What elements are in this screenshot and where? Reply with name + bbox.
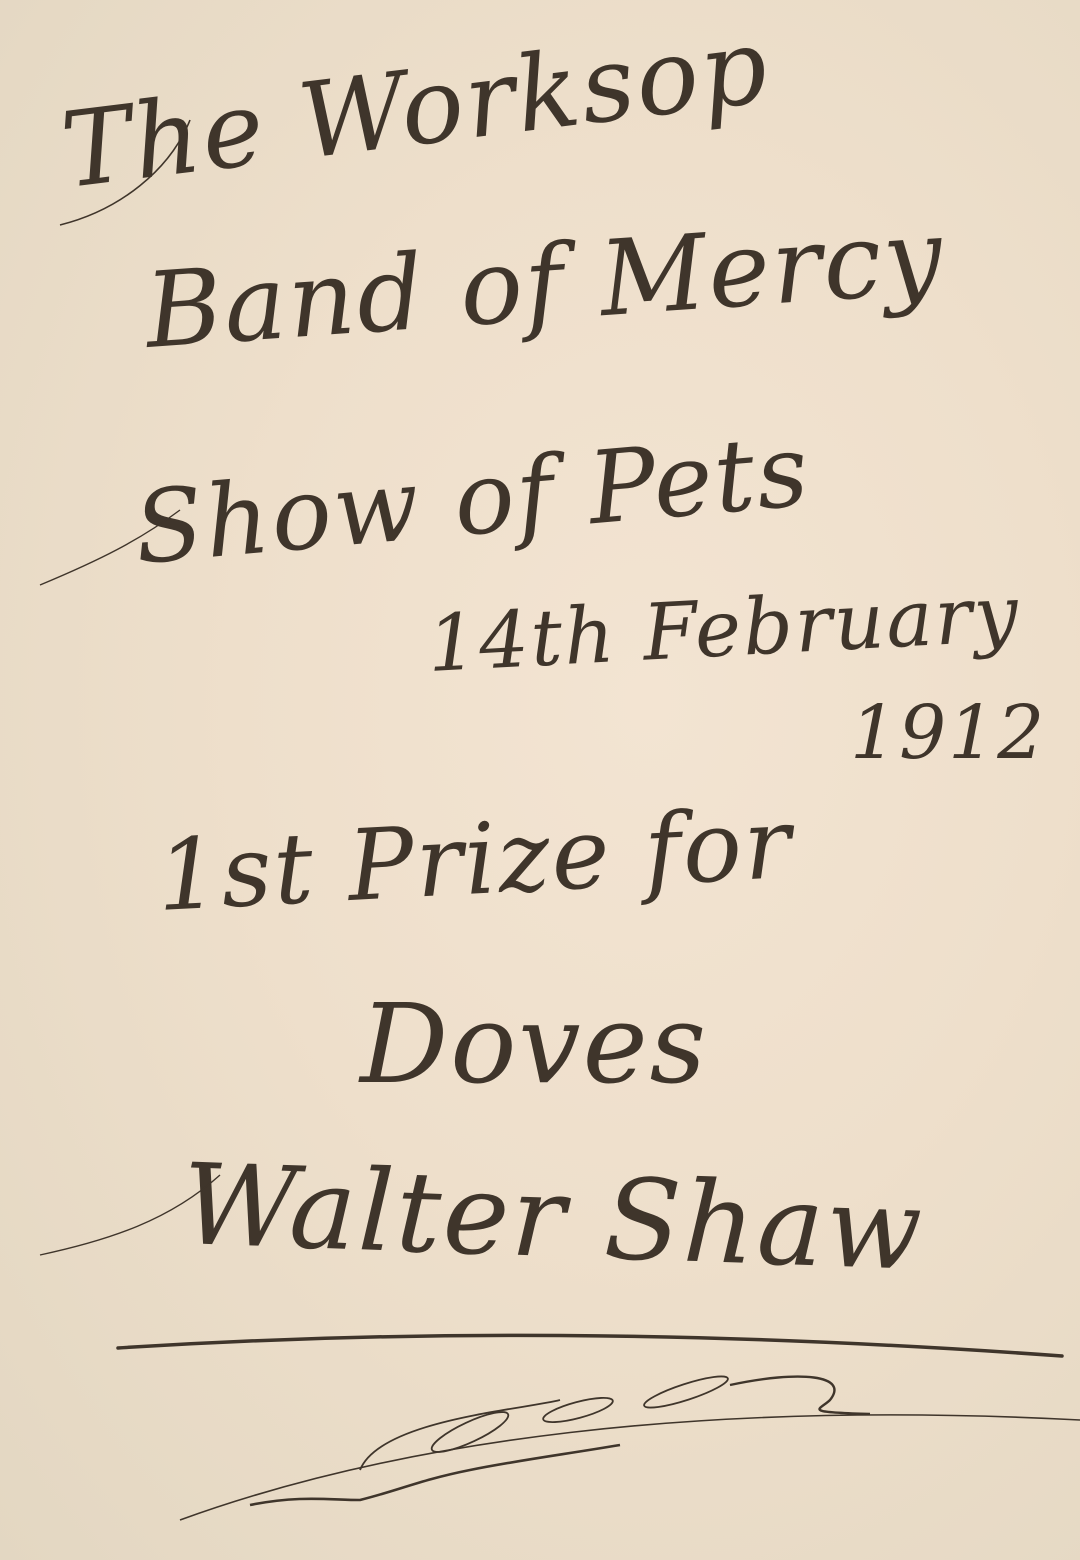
inscription-page: The Worksop Band of Mercy Show of Pets 1… [0,0,1080,1560]
pen-flourish-icon [0,0,1080,1560]
